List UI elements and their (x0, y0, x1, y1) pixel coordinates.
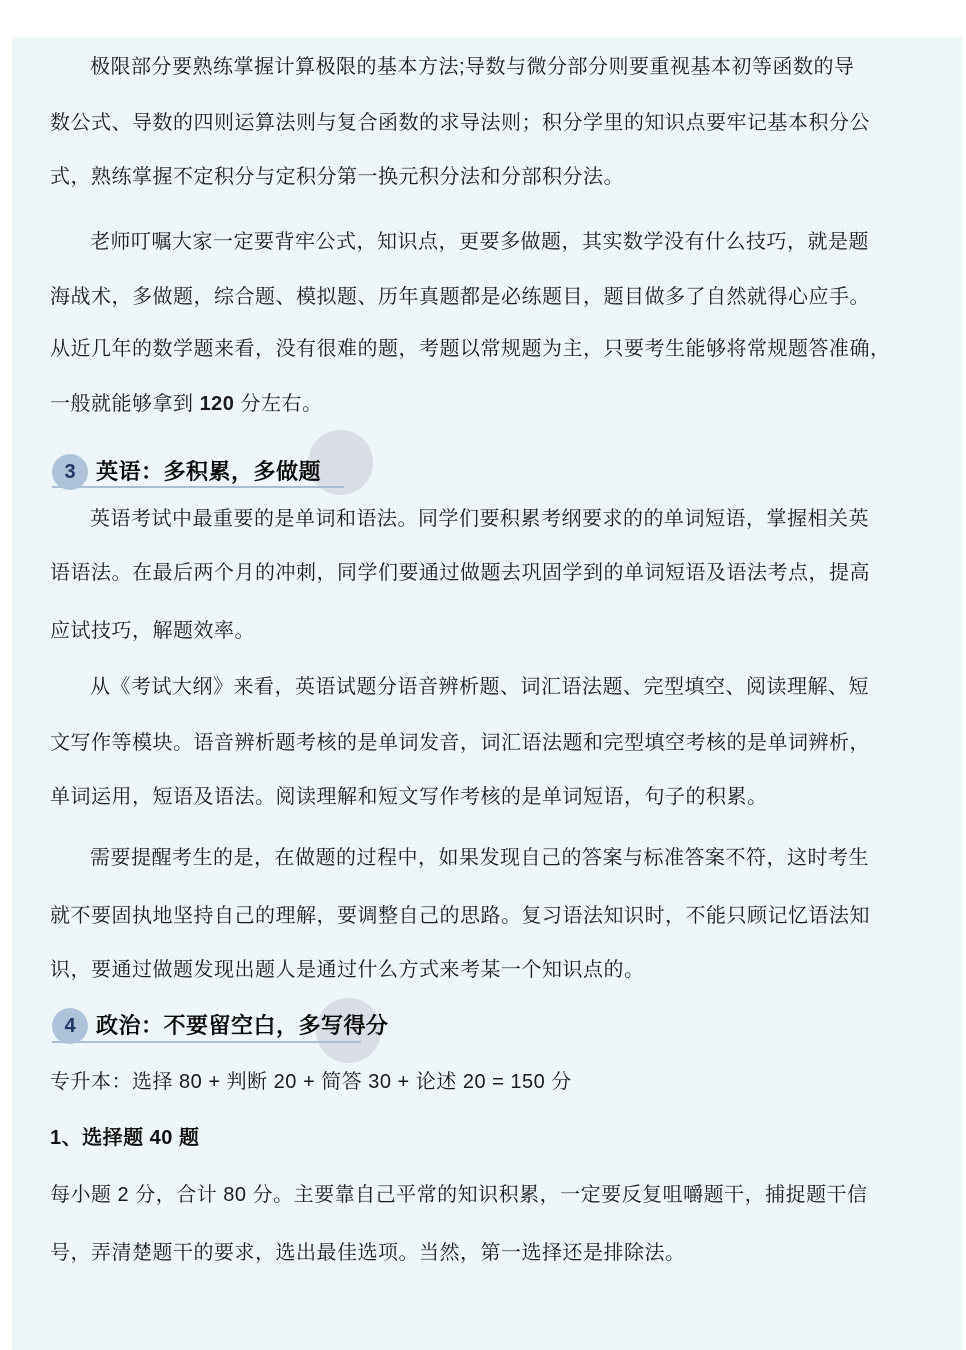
paragraph-line: 老师叮嘱大家一定要背牢公式，知识点，更要多做题，其实数学没有什么技巧，就是题 (90, 215, 869, 270)
score-text-post: 分左右。 (234, 393, 322, 415)
paragraph-line: 文写作等模块。语音辨析题考核的是单词发音，词汇语法题和完型填空考核的是单词辨析， (50, 716, 870, 771)
paragraph-line: 需要提醒考生的是，在做题的过程中，如果发现自己的答案与标准答案不符，这时考生 (90, 831, 869, 886)
paragraph-line: 英语考试中最重要的是单词和语法。同学们要积累考纲要求的的单词短语，掌握相关英 (90, 492, 869, 547)
paragraph-line: 式，熟练掌握不定积分与定积分第一换元积分法和分部积分法。 (50, 150, 624, 205)
paragraph-line: 每小题 2 分，合计 80 分。主要靠自己平常的知识积累，一定要反复咀嚼题干，捕… (50, 1168, 868, 1223)
heading-number-badge: 3 (52, 454, 88, 490)
paragraph-line: 就不要固执地坚持自己的理解，要调整自己的思路。复习语法知识时，不能只顾记忆语法知 (50, 889, 870, 944)
heading-number-badge: 4 (52, 1008, 88, 1044)
paragraph-line: 极限部分要熟练掌握计算极限的基本方法;导数与微分部分则要重视基本初等函数的导 (90, 40, 855, 95)
section-heading-english: 英语：多积累，多做题 (96, 454, 321, 490)
document-page: 极限部分要熟练掌握计算极限的基本方法;导数与微分部分则要重视基本初等函数的导 数… (12, 37, 962, 1350)
subheading-choice-questions: 1、选择题 40 题 (50, 1111, 199, 1166)
paragraph-line: 单词运用，短语及语法。阅读理解和短文写作考核的是单词短语，句子的积累。 (50, 770, 768, 825)
paragraph-line: 数公式、导数的四则运算法则与复合函数的求导法则；积分学里的知识点要牢记基本积分公 (50, 96, 870, 151)
paragraph-line: 语语法。在最后两个月的冲刺，同学们要通过做题去巩固学到的单词短语及语法考点，提高 (50, 546, 870, 601)
paragraph-line-score: 一般就能够拿到 120 分左右。 (50, 377, 323, 432)
paragraph-line: 从《考试大纲》来看，英语试题分语音辨析题、词汇语法题、完型填空、阅读理解、短 (90, 660, 869, 715)
score-formula-line: 专升本：选择 80 + 判断 20 + 简答 30 + 论述 20 = 150 … (50, 1055, 572, 1110)
paragraph-line: 海战术，多做题，综合题、模拟题、历年真题都是必练题目，题目做多了自然就得心应手。 (50, 270, 870, 325)
score-text-pre: 一般就能够拿到 (50, 393, 200, 415)
paragraph-line: 应试技巧，解题效率。 (50, 604, 255, 659)
score-value: 120 (200, 393, 235, 415)
paragraph-line: 识，要通过做题发现出题人是通过什么方式来考某一个知识点的。 (50, 943, 645, 998)
section-heading-politics: 政治：不要留空白，多写得分 (96, 1008, 389, 1044)
paragraph-line: 号，弄清楚题干的要求，选出最佳选项。当然，第一选择还是排除法。 (50, 1226, 686, 1281)
paragraph-line: 从近几年的数学题来看，没有很难的题，考题以常规题为主，只要考生能够将常规题答准确… (50, 322, 891, 377)
